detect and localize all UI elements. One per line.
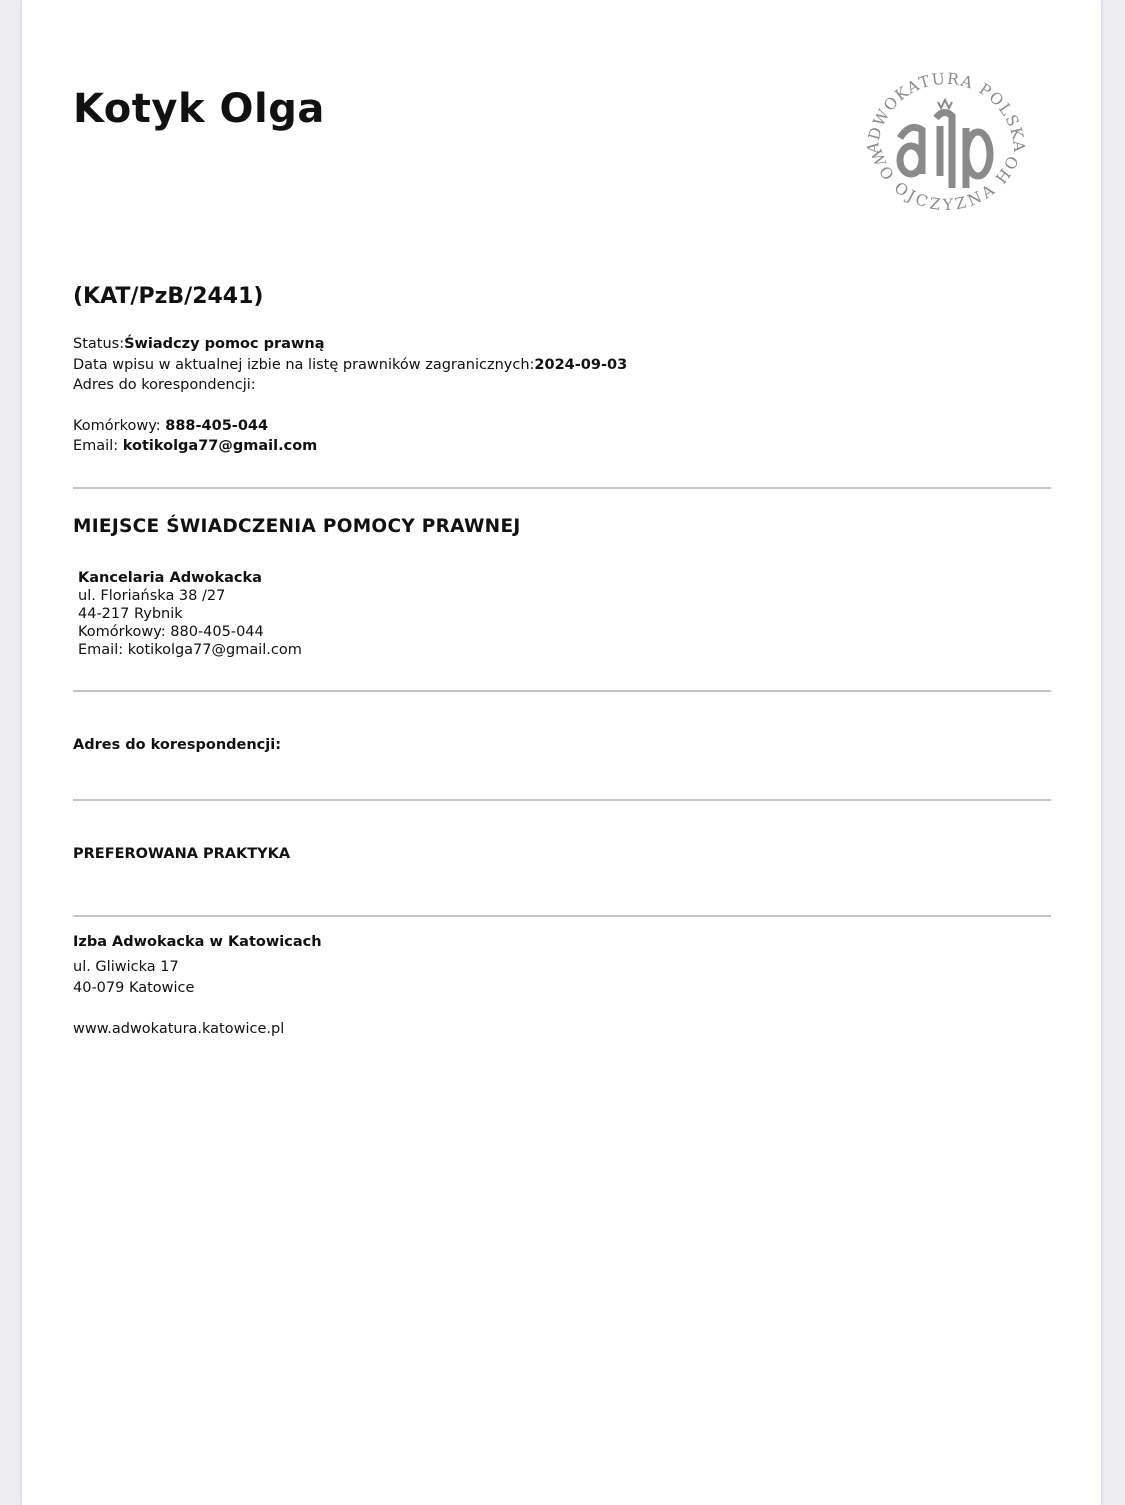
lawyer-name: Kotyk Olga (73, 86, 325, 132)
divider (73, 915, 1051, 917)
entry-date-row: Data wpisu w aktualnej izbie na listę pr… (73, 355, 627, 376)
mobile-value[interactable]: 888-405-044 (165, 418, 268, 434)
lawyer-info: Status:Świadczy pomoc prawną Data wpisu … (73, 334, 627, 457)
divider (73, 690, 1051, 692)
entry-date-label: Data wpisu w aktualnej izbie na listę pr… (73, 357, 534, 373)
preferred-practice-heading: PREFEROWANA PRAKTYKA (73, 846, 290, 862)
document-page: Kotyk Olga ADWOKATURA POLSKA PRAWO OJCZY… (22, 0, 1101, 1505)
email-value[interactable]: kotikolga77@gmail.com (123, 438, 318, 454)
chamber-street: ul. Gliwicka 17 (73, 957, 322, 978)
mobile-label: Komórkowy: (73, 418, 165, 434)
chamber-website-link[interactable]: www.adwokatura.katowice.pl (73, 1019, 322, 1040)
office-details: Kancelaria Adwokacka ul. Floriańska 38 /… (78, 569, 302, 659)
chamber-name: Izba Adwokacka w Katowicach (73, 934, 322, 950)
divider (73, 487, 1051, 489)
office-name: Kancelaria Adwokacka (78, 569, 302, 587)
entry-date-value: 2024-09-03 (534, 357, 627, 373)
office-city: 44-217 Rybnik (78, 605, 302, 623)
chamber-info: Izba Adwokacka w Katowicach ul. Gliwicka… (73, 934, 322, 1039)
mobile-row: Komórkowy: 888-405-044 (73, 416, 627, 437)
office-mobile: Komórkowy: 880-405-044 (78, 623, 302, 641)
divider (73, 799, 1051, 801)
correspondence-label: Adres do korespondencji: (73, 375, 627, 396)
office-email: Email: kotikolga77@gmail.com (78, 641, 302, 659)
registration-code: (KAT/PzB/2441) (73, 284, 263, 309)
status-value: Świadczy pomoc prawną (124, 336, 324, 352)
email-label: Email: (73, 438, 123, 454)
bar-association-logo: ADWOKATURA POLSKA PRAWO OJCZYZNA HONOR (856, 56, 1036, 236)
office-street: ul. Floriańska 38 /27 (78, 587, 302, 605)
email-row: Email: kotikolga77@gmail.com (73, 436, 627, 457)
status-row: Status:Świadczy pomoc prawną (73, 334, 627, 355)
practice-place-heading: MIEJSCE ŚWIADCZENIA POMOCY PRAWNEJ (73, 516, 521, 537)
correspondence-heading: Adres do korespondencji: (73, 737, 281, 753)
status-label: Status: (73, 336, 124, 352)
adwokatura-seal-icon: ADWOKATURA POLSKA PRAWO OJCZYZNA HONOR (856, 56, 1036, 236)
chamber-city: 40-079 Katowice (73, 978, 322, 999)
